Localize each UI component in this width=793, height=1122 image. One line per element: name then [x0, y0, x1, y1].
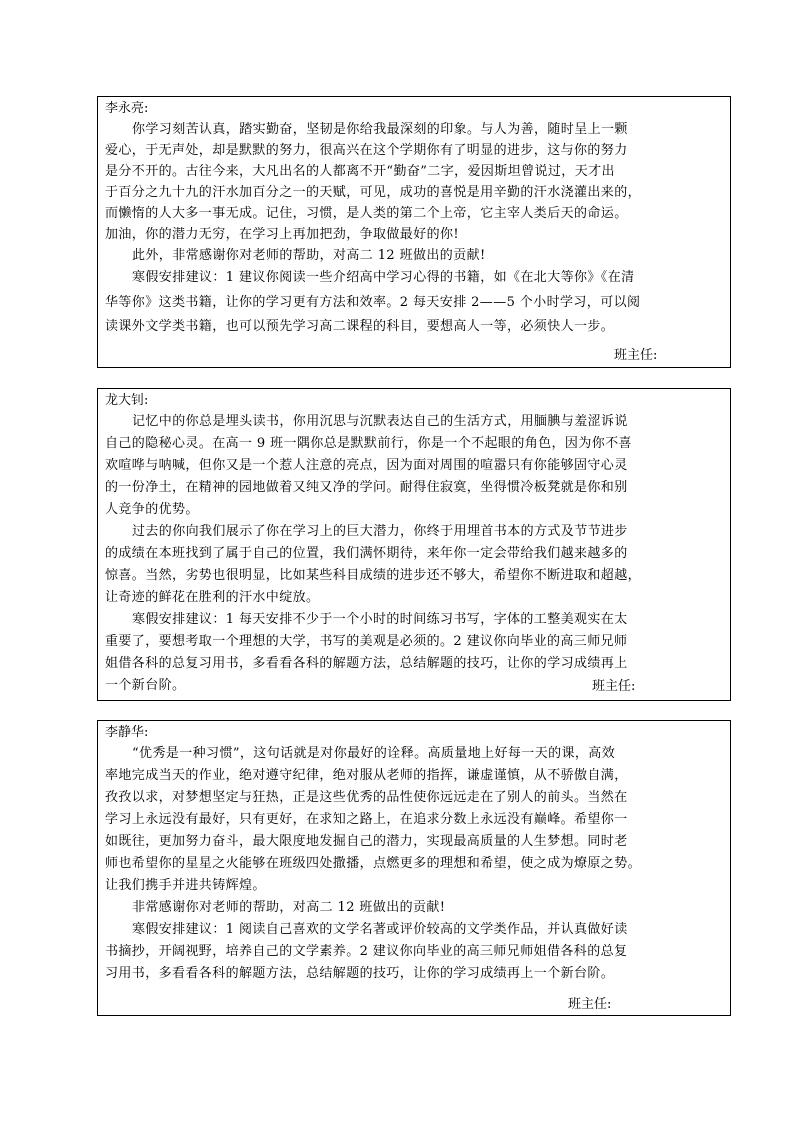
text-line: 让奇迹的鲜花在胜利的汗水中绽放。: [105, 587, 724, 609]
text-line: 孜孜以求，对梦想坚定与狂热，正是这些优秀的品性使你远远走在了别人的前头。当然在: [105, 787, 724, 809]
text-line: 重要了，要想考取一个理想的大学，书写的美观是必须的。2 建议你向毕业的高三师兄师: [105, 631, 724, 653]
text-line: 爱心，于无声处，却是默默的努力，很高兴在这个学期你有了明显的进步，这与你的努力: [105, 140, 724, 161]
text-line: 率地完成当天的作业，绝对遵守纪律，绝对服从老师的指挥，谦虚谨慎，从不骄傲自满，: [105, 765, 724, 787]
text-line: 过去的你向我们展示了你在学习上的巨大潜力，你终于用埋首书本的方式及节节进步: [105, 521, 724, 543]
text-line: 自己的隐秘心灵。在高一 9 班一隅你总是默默前行，你是一个不起眼的角色，因为你不…: [105, 433, 724, 455]
text-line: 如既往，更加努力奋斗，最大限度地发掘自己的潜力，实现最高质量的人生梦想。同时老: [105, 831, 724, 853]
text-line: 加油，你的潜力无穷，在学习上再加把劲，争取做最好的你!: [105, 224, 724, 245]
text-line: 书摘抄，开阔视野，培养自己的文学素养。2 建议你向毕业的高三师兄师姐借各科的总复: [105, 941, 724, 963]
thanks-paragraph: 此外，非常感谢你对老师的帮助，对高二 12 班做出的贡献!: [105, 245, 724, 266]
teacher-signature: 班主任:: [592, 678, 635, 696]
text-line: 寒假安排建议：1 每天安排不少于一个小时的时间练习书写，字体的工整美观实在太: [105, 609, 724, 631]
teacher-signature: 班主任:: [568, 996, 611, 1014]
text-line: 习用书，多看看各科的解题方法，总结解题的技巧，让你的学习成绩再上一个新台阶。: [105, 963, 724, 985]
teacher-signature: 班主任:: [614, 347, 657, 365]
comment-paragraph: 记忆中的你总是埋头读书，你用沉思与沉默表达自己的生活方式，用腼腆与羞涩诉说 自己…: [105, 411, 724, 521]
text-line: 是分不开的。古往今来，大凡出名的人都离不开“勤奋”二字，爱因斯坦曾说过，天才出: [105, 161, 724, 182]
student-name: 龙大钊:: [105, 391, 724, 411]
text-line: 寒假安排建议：1 建议你阅读一些介绍高中学习心得的书籍，如《在北大等你》《在清: [105, 266, 724, 291]
comment-paragraph: 你学习刻苦认真，踏实勤奋，坚韧是你给我最深刻的印象。与人为善，随时呈上一颗 爱心…: [105, 119, 724, 245]
text-line: 的一份净土，在精神的园地做着又纯又净的学问。耐得住寂寞，坐得惯冷板凳就是你和别: [105, 477, 724, 499]
winter-break-suggestion: 寒假安排建议：1 建议你阅读一些介绍高中学习心得的书籍，如《在北大等你》《在清 …: [105, 266, 724, 340]
text-line: 欢喧哗与呐喊，但你又是一个惹人注意的亮点，因为面对周围的喧嚣只有你能够固守心灵: [105, 455, 724, 477]
text-line: 人竞争的优势。: [105, 499, 724, 521]
text-line: 此外，非常感谢你对老师的帮助，对高二 12 班做出的贡献!: [105, 245, 724, 266]
comment-paragraph: 过去的你向我们展示了你在学习上的巨大潜力，你终于用埋首书本的方式及节节进步 的成…: [105, 521, 724, 609]
text-line: 让我们携手并进共铸辉煌。: [105, 875, 724, 897]
text-line: 华等你》这类书籍，让你的学习更有方法和效率。2 每天安排 2——5 个小时学习，…: [105, 291, 724, 316]
comment-paragraph: “优秀是一种习惯”，这句话就是对你最好的诠释。高质量地上好每一天的课，高效 率地…: [105, 743, 724, 897]
text-line: 的成绩在本班找到了属于自己的位置，我们满怀期待，来年你一定会带给我们越来越多的: [105, 543, 724, 565]
text-line: 而懒惰的人大多一事无成。记住，习惯，是人类的第二个上帝，它主宰人类后天的命运。: [105, 203, 724, 224]
thanks-paragraph: 非常感谢你对老师的帮助，对高二 12 班做出的贡献!: [105, 897, 724, 919]
comment-box-li-yongliang: 李永亮: 你学习刻苦认真，踏实勤奋，坚韧是你给我最深刻的印象。与人为善，随时呈上…: [97, 96, 731, 368]
student-name: 李静华:: [105, 723, 724, 743]
text-line: 非常感谢你对老师的帮助，对高二 12 班做出的贡献!: [105, 897, 724, 919]
comment-box-li-jinghua: 李静华: “优秀是一种习惯”，这句话就是对你最好的诠释。高质量地上好每一天的课，…: [97, 720, 731, 1016]
comment-box-long-dazhao: 龙大钊: 记忆中的你总是埋头读书，你用沉思与沉默表达自己的生活方式，用腼腆与羞涩…: [97, 388, 731, 701]
text-line: 记忆中的你总是埋头读书，你用沉思与沉默表达自己的生活方式，用腼腆与羞涩诉说: [105, 411, 724, 433]
text-line: 姐借各科的总复习用书，多看看各科的解题方法，总结解题的技巧，让你的学习成绩再上: [105, 653, 724, 675]
text-line: “优秀是一种习惯”，这句话就是对你最好的诠释。高质量地上好每一天的课，高效: [105, 743, 724, 765]
text-line: 你学习刻苦认真，踏实勤奋，坚韧是你给我最深刻的印象。与人为善，随时呈上一颗: [105, 119, 724, 140]
winter-break-suggestion: 寒假安排建议：1 阅读自己喜欢的文学名著或评价较高的文学类作品，并认真做好读 书…: [105, 919, 724, 985]
text-line: 寒假安排建议：1 阅读自己喜欢的文学名著或评价较高的文学类作品，并认真做好读: [105, 919, 724, 941]
student-name: 李永亮:: [105, 99, 724, 119]
text-line: 读课外文学类书籍，也可以预先学习高二课程的科目，要想高人一等，必须快人一步。: [105, 315, 724, 340]
text-line: 师也希望你的星星之火能够在班级四处撒播，点燃更多的理想和希望，使之成为燎原之势。: [105, 853, 724, 875]
text-line: 于百分之九十九的汗水加百分之一的天赋，可见，成功的喜悦是用辛勤的汗水浇灌出来的，: [105, 182, 724, 203]
text-line: 学习上永远没有最好，只有更好，在求知之路上，在追求分数上永远没有巅峰。希望你一: [105, 809, 724, 831]
text-line: 惊喜。当然，劣势也很明显，比如某些科目成绩的进步还不够大，希望你不断进取和超越，: [105, 565, 724, 587]
